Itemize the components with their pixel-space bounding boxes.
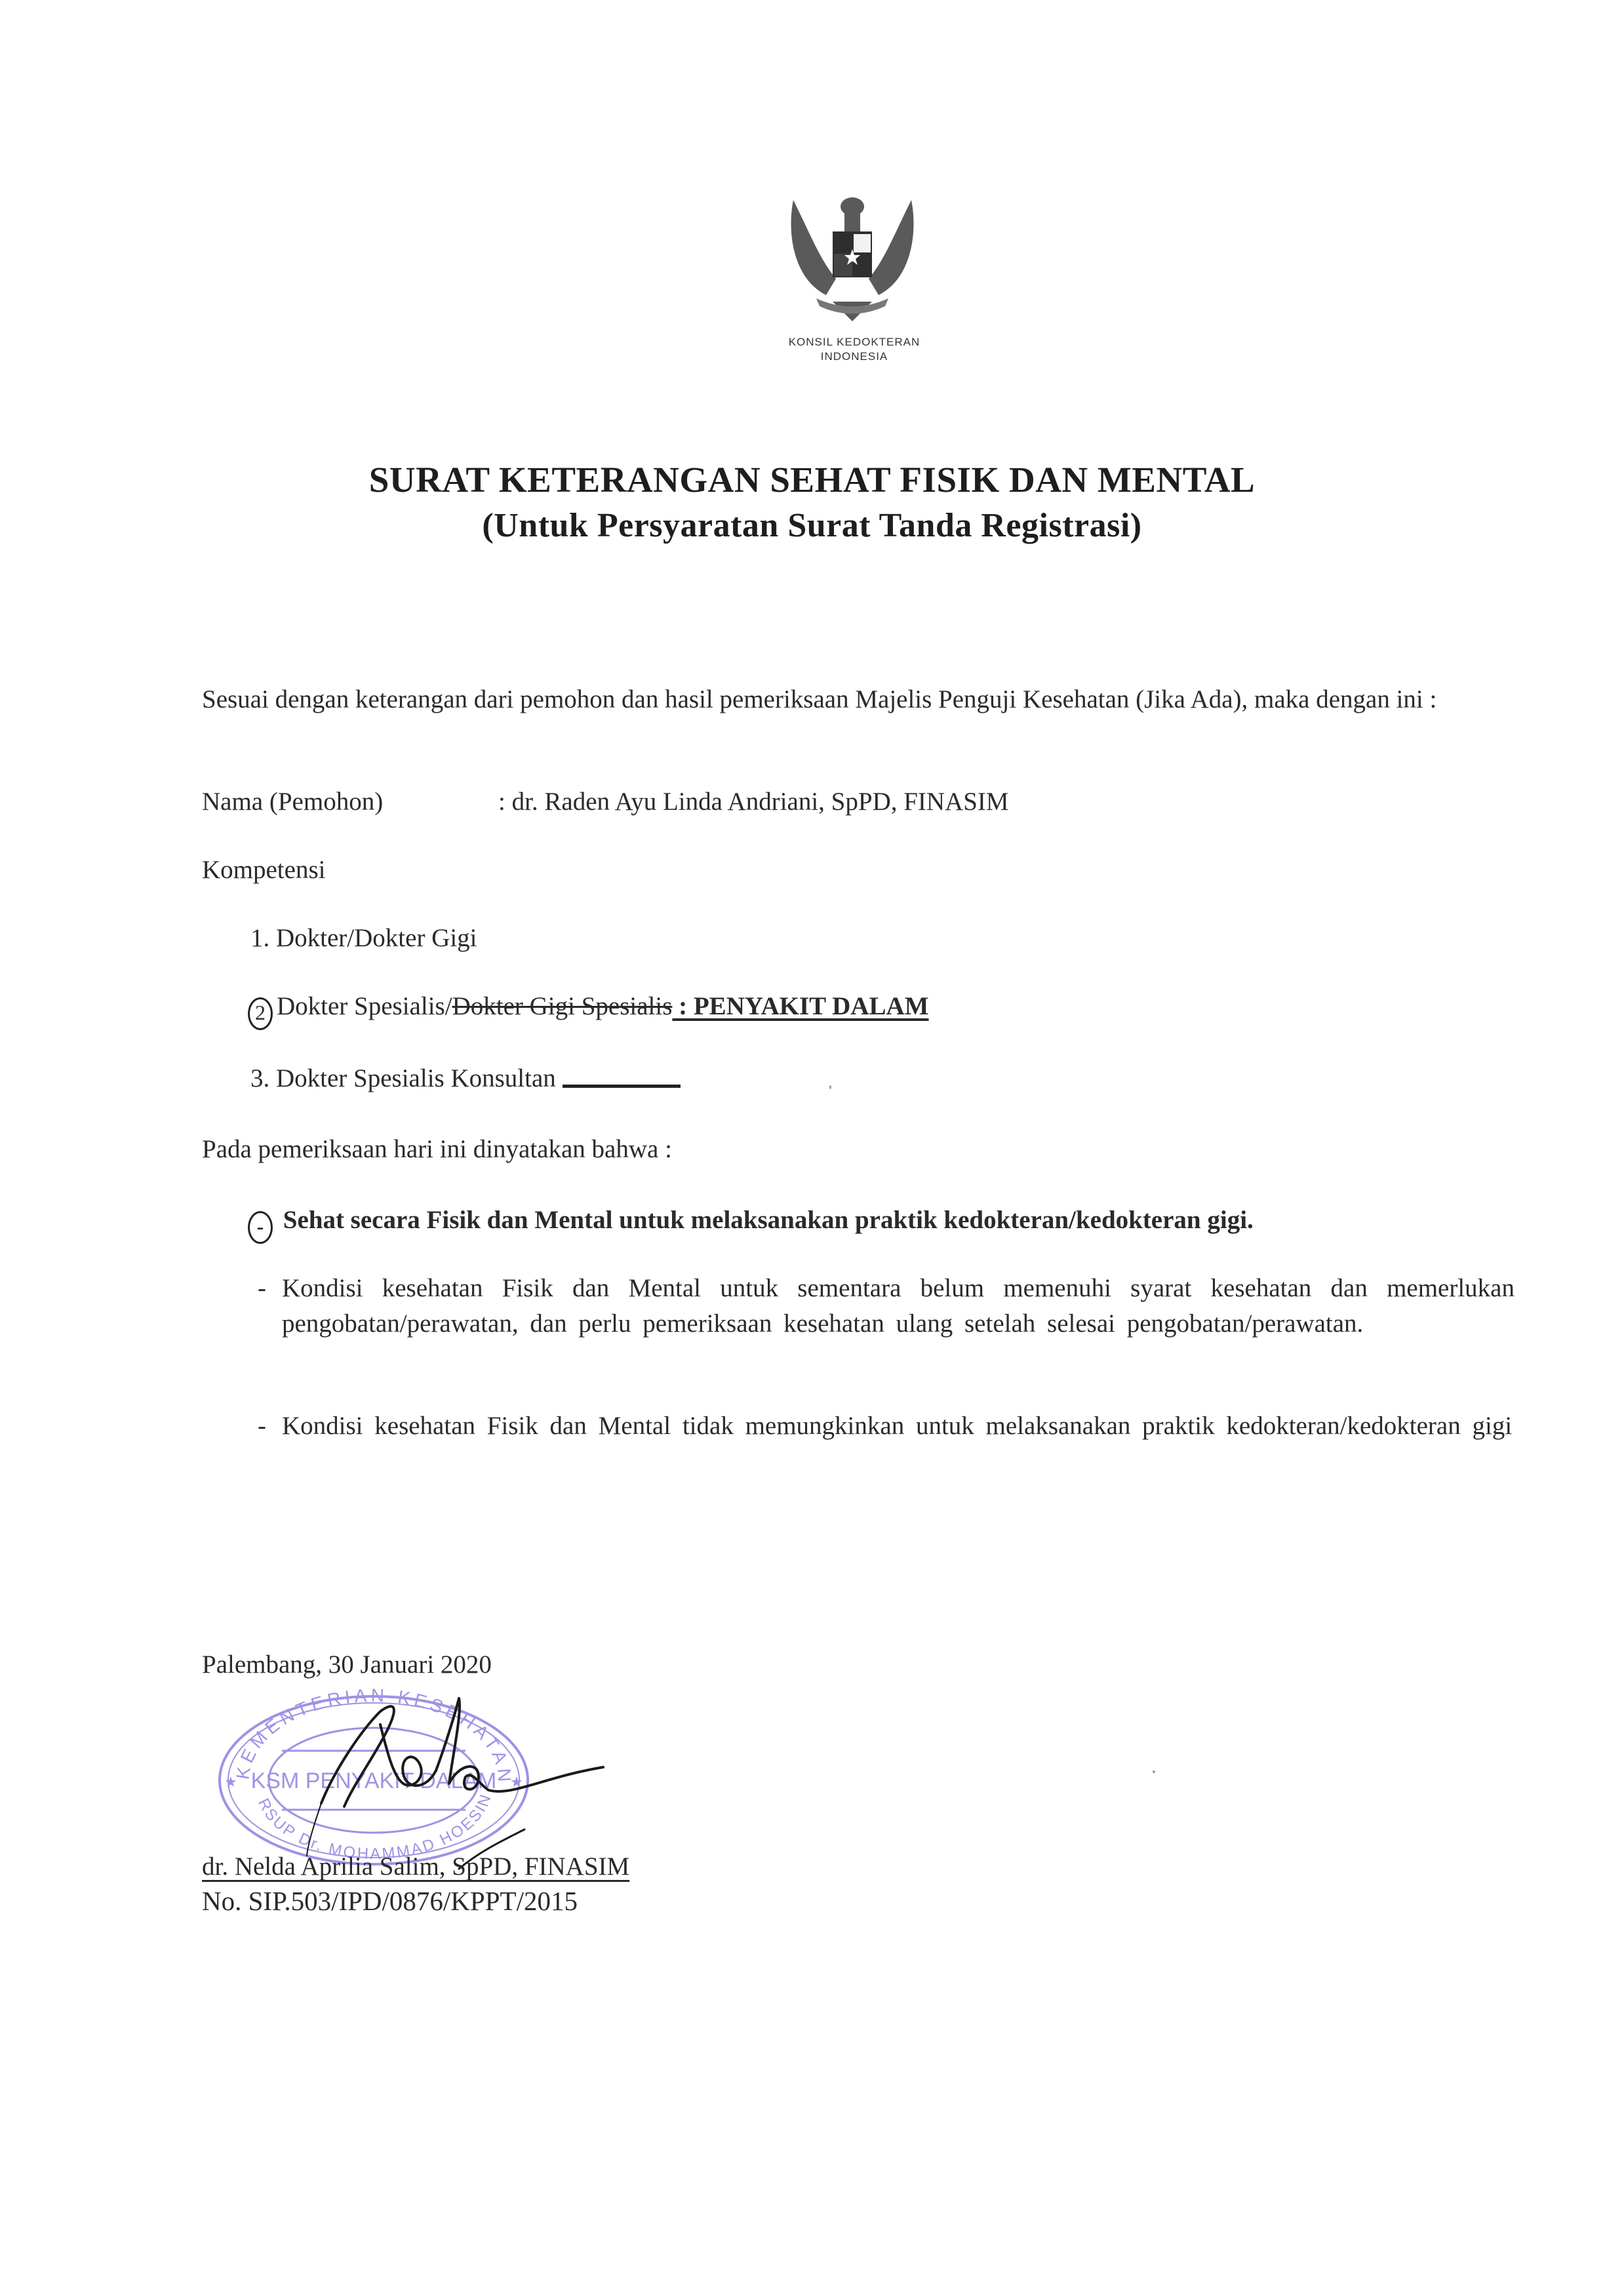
exam-option-1: - Sehat secara Fisik dan Mental untuk me…: [248, 1203, 1254, 1244]
place-date: Palembang, 30 Januari 2020: [202, 1647, 492, 1683]
item-number: 1.: [250, 924, 269, 952]
specialty-value: : PENYAKIT DALAM: [672, 992, 928, 1020]
option-text: Sehat secara Fisik dan Mental untuk mela…: [283, 1206, 1254, 1234]
item-number: 3.: [250, 1064, 269, 1092]
competence-item-3: 3. Dokter Spesialis Konsultan: [250, 1061, 681, 1096]
applicant-name: : dr. Raden Ayu Linda Andriani, SpPD, FI…: [498, 784, 1009, 820]
competence-item-1: 1. Dokter/Dokter Gigi: [250, 921, 477, 956]
scan-artifact: [829, 1085, 831, 1089]
blank-fill-line: [563, 1065, 681, 1088]
applicant-label: Nama (Pemohon): [202, 784, 383, 820]
garuda-emblem-icon: [780, 180, 924, 331]
document-subtitle: (Untuk Persyaratan Surat Tanda Registras…: [0, 506, 1624, 545]
circled-selection-mark: 2: [248, 997, 273, 1030]
intro-paragraph: Sesuai dengan keterangan dari pemohon da…: [202, 682, 1490, 717]
document-title: SURAT KETERANGAN SEHAT FISIK DAN MENTAL: [0, 459, 1624, 500]
exam-option-3: Kondisi kesehatan Fisik dan Mental tidak…: [282, 1408, 1515, 1444]
org-name-line2: INDONESIA: [746, 350, 962, 363]
license-number: No. SIP.503/IPD/0876/KPPT/2015: [202, 1883, 578, 1919]
scan-artifact: [1153, 1770, 1155, 1773]
circled-selection-mark: -: [248, 1211, 273, 1244]
item-text: Dokter Spesialis/: [277, 992, 452, 1020]
struck-out-text: Dokter Gigi Spesialis: [452, 992, 673, 1020]
exam-option-2-marker: -: [258, 1271, 266, 1306]
exam-option-3-marker: -: [258, 1408, 266, 1444]
svg-text:★: ★: [224, 1774, 237, 1790]
item-text: Dokter/Dokter Gigi: [276, 924, 477, 952]
org-name-line1: KONSIL KEDOKTERAN: [746, 336, 962, 349]
competence-label: Kompetensi: [202, 852, 325, 888]
item-text: Dokter Spesialis Konsultan: [276, 1064, 556, 1092]
exam-lead: Pada pemeriksaan hari ini dinyatakan bah…: [202, 1132, 672, 1167]
competence-item-2: 2Dokter Spesialis/Dokter Gigi Spesialis …: [248, 989, 929, 1030]
exam-option-2: Kondisi kesehatan Fisik dan Mental untuk…: [282, 1271, 1515, 1342]
signer-name: dr. Nelda Aprilia Salim, SpPD, FINASIM: [202, 1849, 629, 1885]
